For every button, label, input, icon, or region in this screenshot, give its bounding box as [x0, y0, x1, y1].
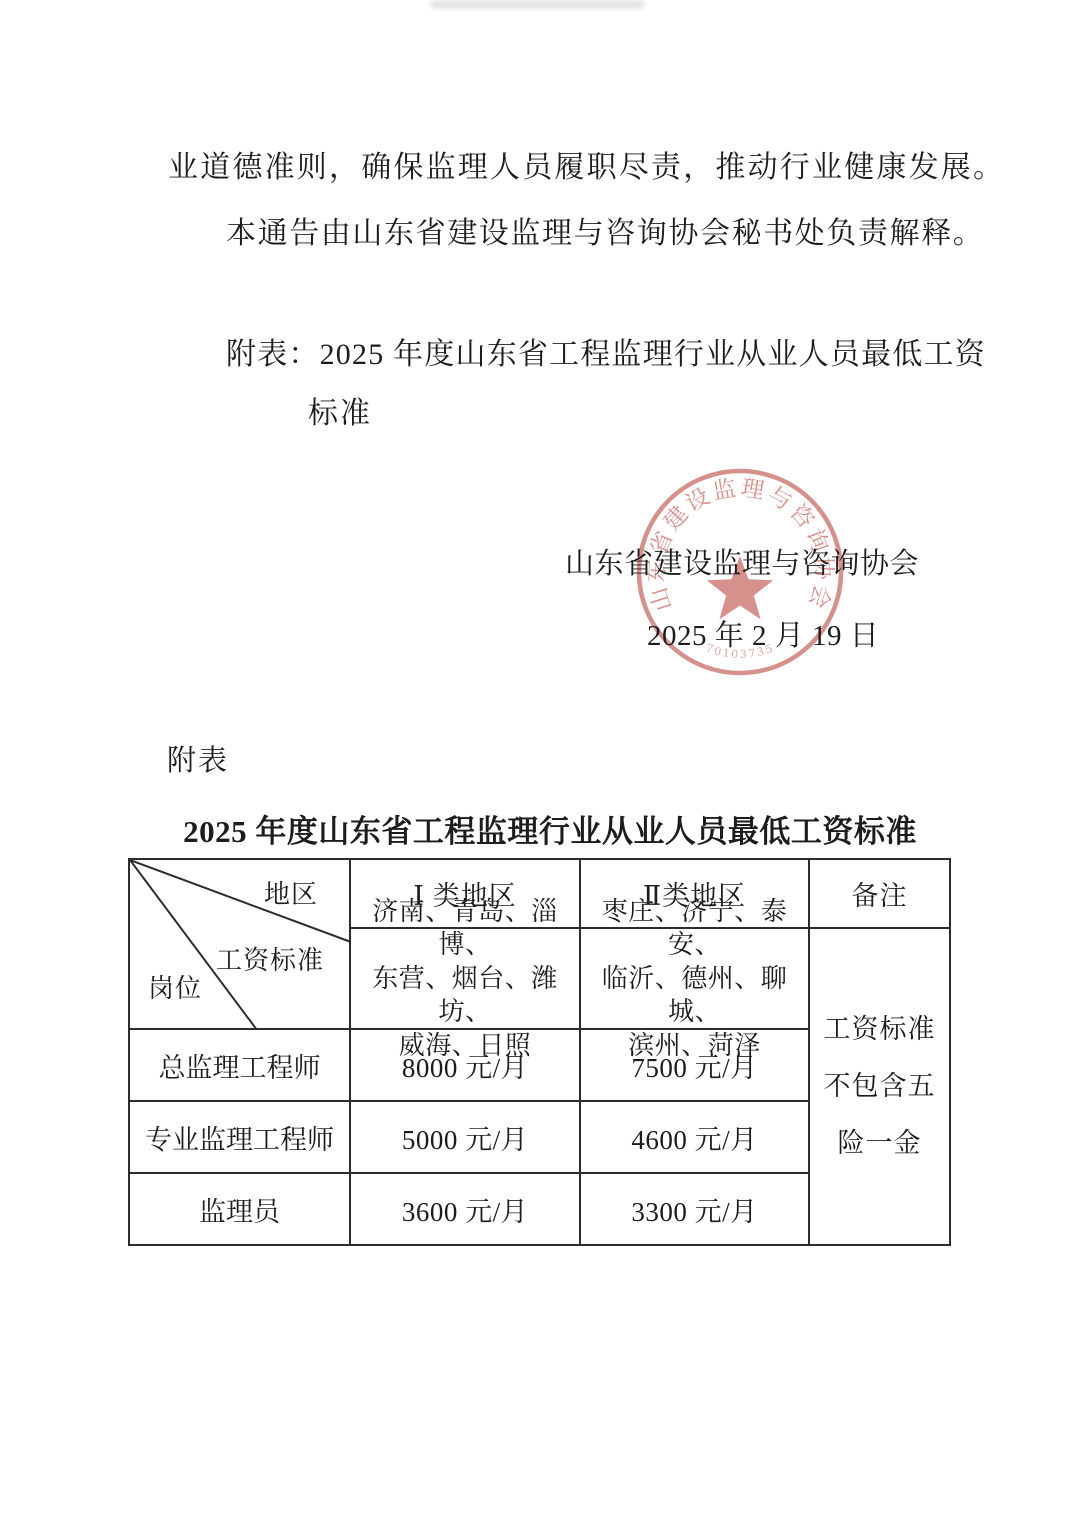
wage-cell: 4600 元/月 — [581, 1102, 810, 1174]
issuer-signature: 山东省建设监理与咨询协会 — [565, 541, 919, 582]
corner-label-wage-standard: 工资标准 — [216, 940, 324, 977]
remark-line: 工资标准 — [824, 1001, 936, 1058]
class2-cities-cell: 枣庄、济宁、泰安、 临沂、德州、聊城、 滨州、菏泽 — [581, 929, 810, 1030]
post-cell: 专业监理工程师 — [130, 1102, 351, 1174]
wage-standards-table: 地区 工资标准 岗位 Ⅰ 类地区 Ⅱ类地区 备注 济南、青岛、淄博、 东营、烟台… — [128, 858, 951, 1246]
table-title: 2025 年度山东省工程监理行业从业人员最低工资标准 — [130, 806, 970, 851]
post-cell: 监理员 — [130, 1174, 351, 1244]
class1-cities-cell: 济南、青岛、淄博、 东营、烟台、潍坊、 威海、日照 — [351, 929, 581, 1030]
scan-artifact — [430, 0, 645, 9]
wage-cell: 8000 元/月 — [351, 1030, 581, 1102]
remark-line: 险一金 — [838, 1115, 922, 1172]
class1-cities-line: 济南、青岛、淄博、 — [351, 895, 579, 962]
attachment-reference-line-1: 附表：2025 年度山东省工程监理行业从业人员最低工资 — [226, 337, 986, 373]
attachment-label: 附表 — [167, 738, 229, 779]
header-remark: 备注 — [810, 860, 949, 929]
class2-cities-line: 临沂、德州、聊城、 — [581, 962, 808, 1029]
wage-cell: 3300 元/月 — [581, 1174, 810, 1244]
class1-cities-line: 东营、烟台、潍坊、 — [351, 962, 579, 1029]
attachment-reference-line-2: 标准 — [308, 396, 372, 432]
class2-cities-line: 枣庄、济宁、泰安、 — [581, 895, 808, 962]
corner-label-region: 地区 — [264, 874, 318, 911]
post-cell: 总监理工程师 — [130, 1030, 351, 1102]
wage-cell: 3600 元/月 — [351, 1174, 581, 1244]
issue-date: 2025 年 2 月 19 日 — [647, 613, 879, 654]
remark-cell: 工资标准 不包含五 险一金 — [810, 929, 949, 1244]
wage-cell: 5000 元/月 — [351, 1102, 581, 1174]
document-page: 业道德准则，确保监理人员履职尽责，推动行业健康发展。 本通告由山东省建设监理与咨… — [0, 0, 1080, 1528]
remark-line: 不包含五 — [824, 1058, 936, 1115]
corner-label-post: 岗位 — [148, 968, 202, 1005]
wage-cell: 7500 元/月 — [581, 1030, 810, 1102]
body-paragraph-line-1: 业道德准则，确保监理人员履职尽责，推动行业健康发展。 — [168, 150, 1005, 186]
body-paragraph-line-2: 本通告由山东省建设监理与咨询协会秘书处负责解释。 — [226, 216, 984, 252]
corner-header-cell: 地区 工资标准 岗位 — [130, 860, 351, 1030]
